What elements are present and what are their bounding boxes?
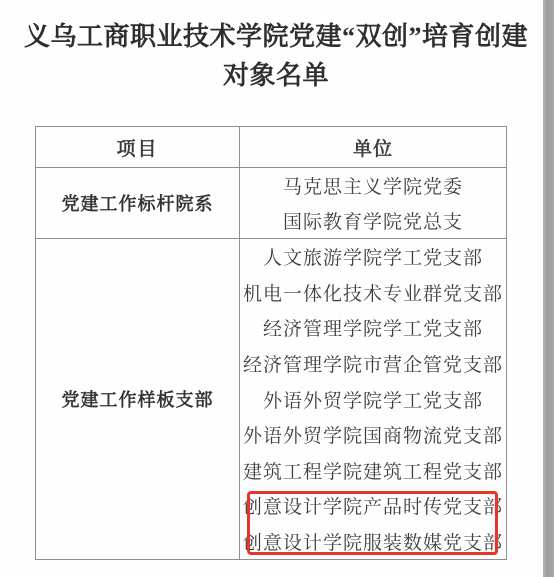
document-title: 义乌工商职业技术学院党建“双创”培育创建 对象名单 (8, 17, 544, 95)
project-label-benchmark: 党建工作标杆院系 (62, 190, 214, 216)
unit-item: 国际教育学院党总支 (240, 203, 506, 238)
unit-item: 经济管理学院学工党支部 (240, 310, 506, 346)
header-label-unit: 单位 (240, 127, 506, 167)
right-edge-strip (543, 0, 554, 577)
unit-item: 外语外贸学院国商物流党支部 (240, 417, 506, 453)
cultivation-list-table: 项目 单位 党建工作标杆院系 马克思主义学院党委 国际教育学院党总支 党建工作样… (35, 126, 507, 560)
unit-item: 外语外贸学院学工党支部 (240, 381, 506, 417)
unit-cell-model: 人文旅游学院学工党支部 机电一体化技术专业群党支部 经济管理学院学工党支部 经济… (240, 239, 506, 559)
project-cell-benchmark: 党建工作标杆院系 (36, 168, 240, 238)
title-line-1: 义乌工商职业技术学院党建“双创”培育创建 (8, 17, 544, 56)
unit-item: 机电一体化技术专业群党支部 (240, 275, 506, 311)
title-line-2: 对象名单 (8, 56, 544, 95)
project-label-model: 党建工作样板支部 (62, 386, 214, 412)
unit-item: 人文旅游学院学工党支部 (240, 239, 506, 275)
unit-item-highlighted: 创意设计学院产品时传党支部 (240, 488, 506, 524)
table-row-model-branches: 党建工作样板支部 人文旅游学院学工党支部 机电一体化技术专业群党支部 经济管理学… (36, 238, 506, 559)
document-page: 义乌工商职业技术学院党建“双创”培育创建 对象名单 项目 单位 党建工作标杆院系… (0, 0, 554, 577)
unit-cell-benchmark: 马克思主义学院党委 国际教育学院党总支 (240, 168, 506, 238)
header-cell-unit: 单位 (240, 127, 506, 167)
project-cell-model: 党建工作样板支部 (36, 239, 240, 559)
unit-item: 建筑工程学院建筑工程党支部 (240, 452, 506, 488)
unit-item-highlighted: 创意设计学院服装数媒党支部 (240, 523, 506, 559)
unit-item: 经济管理学院市营企管党支部 (240, 346, 506, 382)
table-row-benchmark-colleges: 党建工作标杆院系 马克思主义学院党委 国际教育学院党总支 (36, 167, 506, 238)
header-cell-project: 项目 (36, 127, 240, 167)
unit-item: 马克思主义学院党委 (240, 168, 506, 203)
table-header-row: 项目 单位 (36, 127, 506, 167)
header-label-project: 项目 (116, 134, 158, 161)
